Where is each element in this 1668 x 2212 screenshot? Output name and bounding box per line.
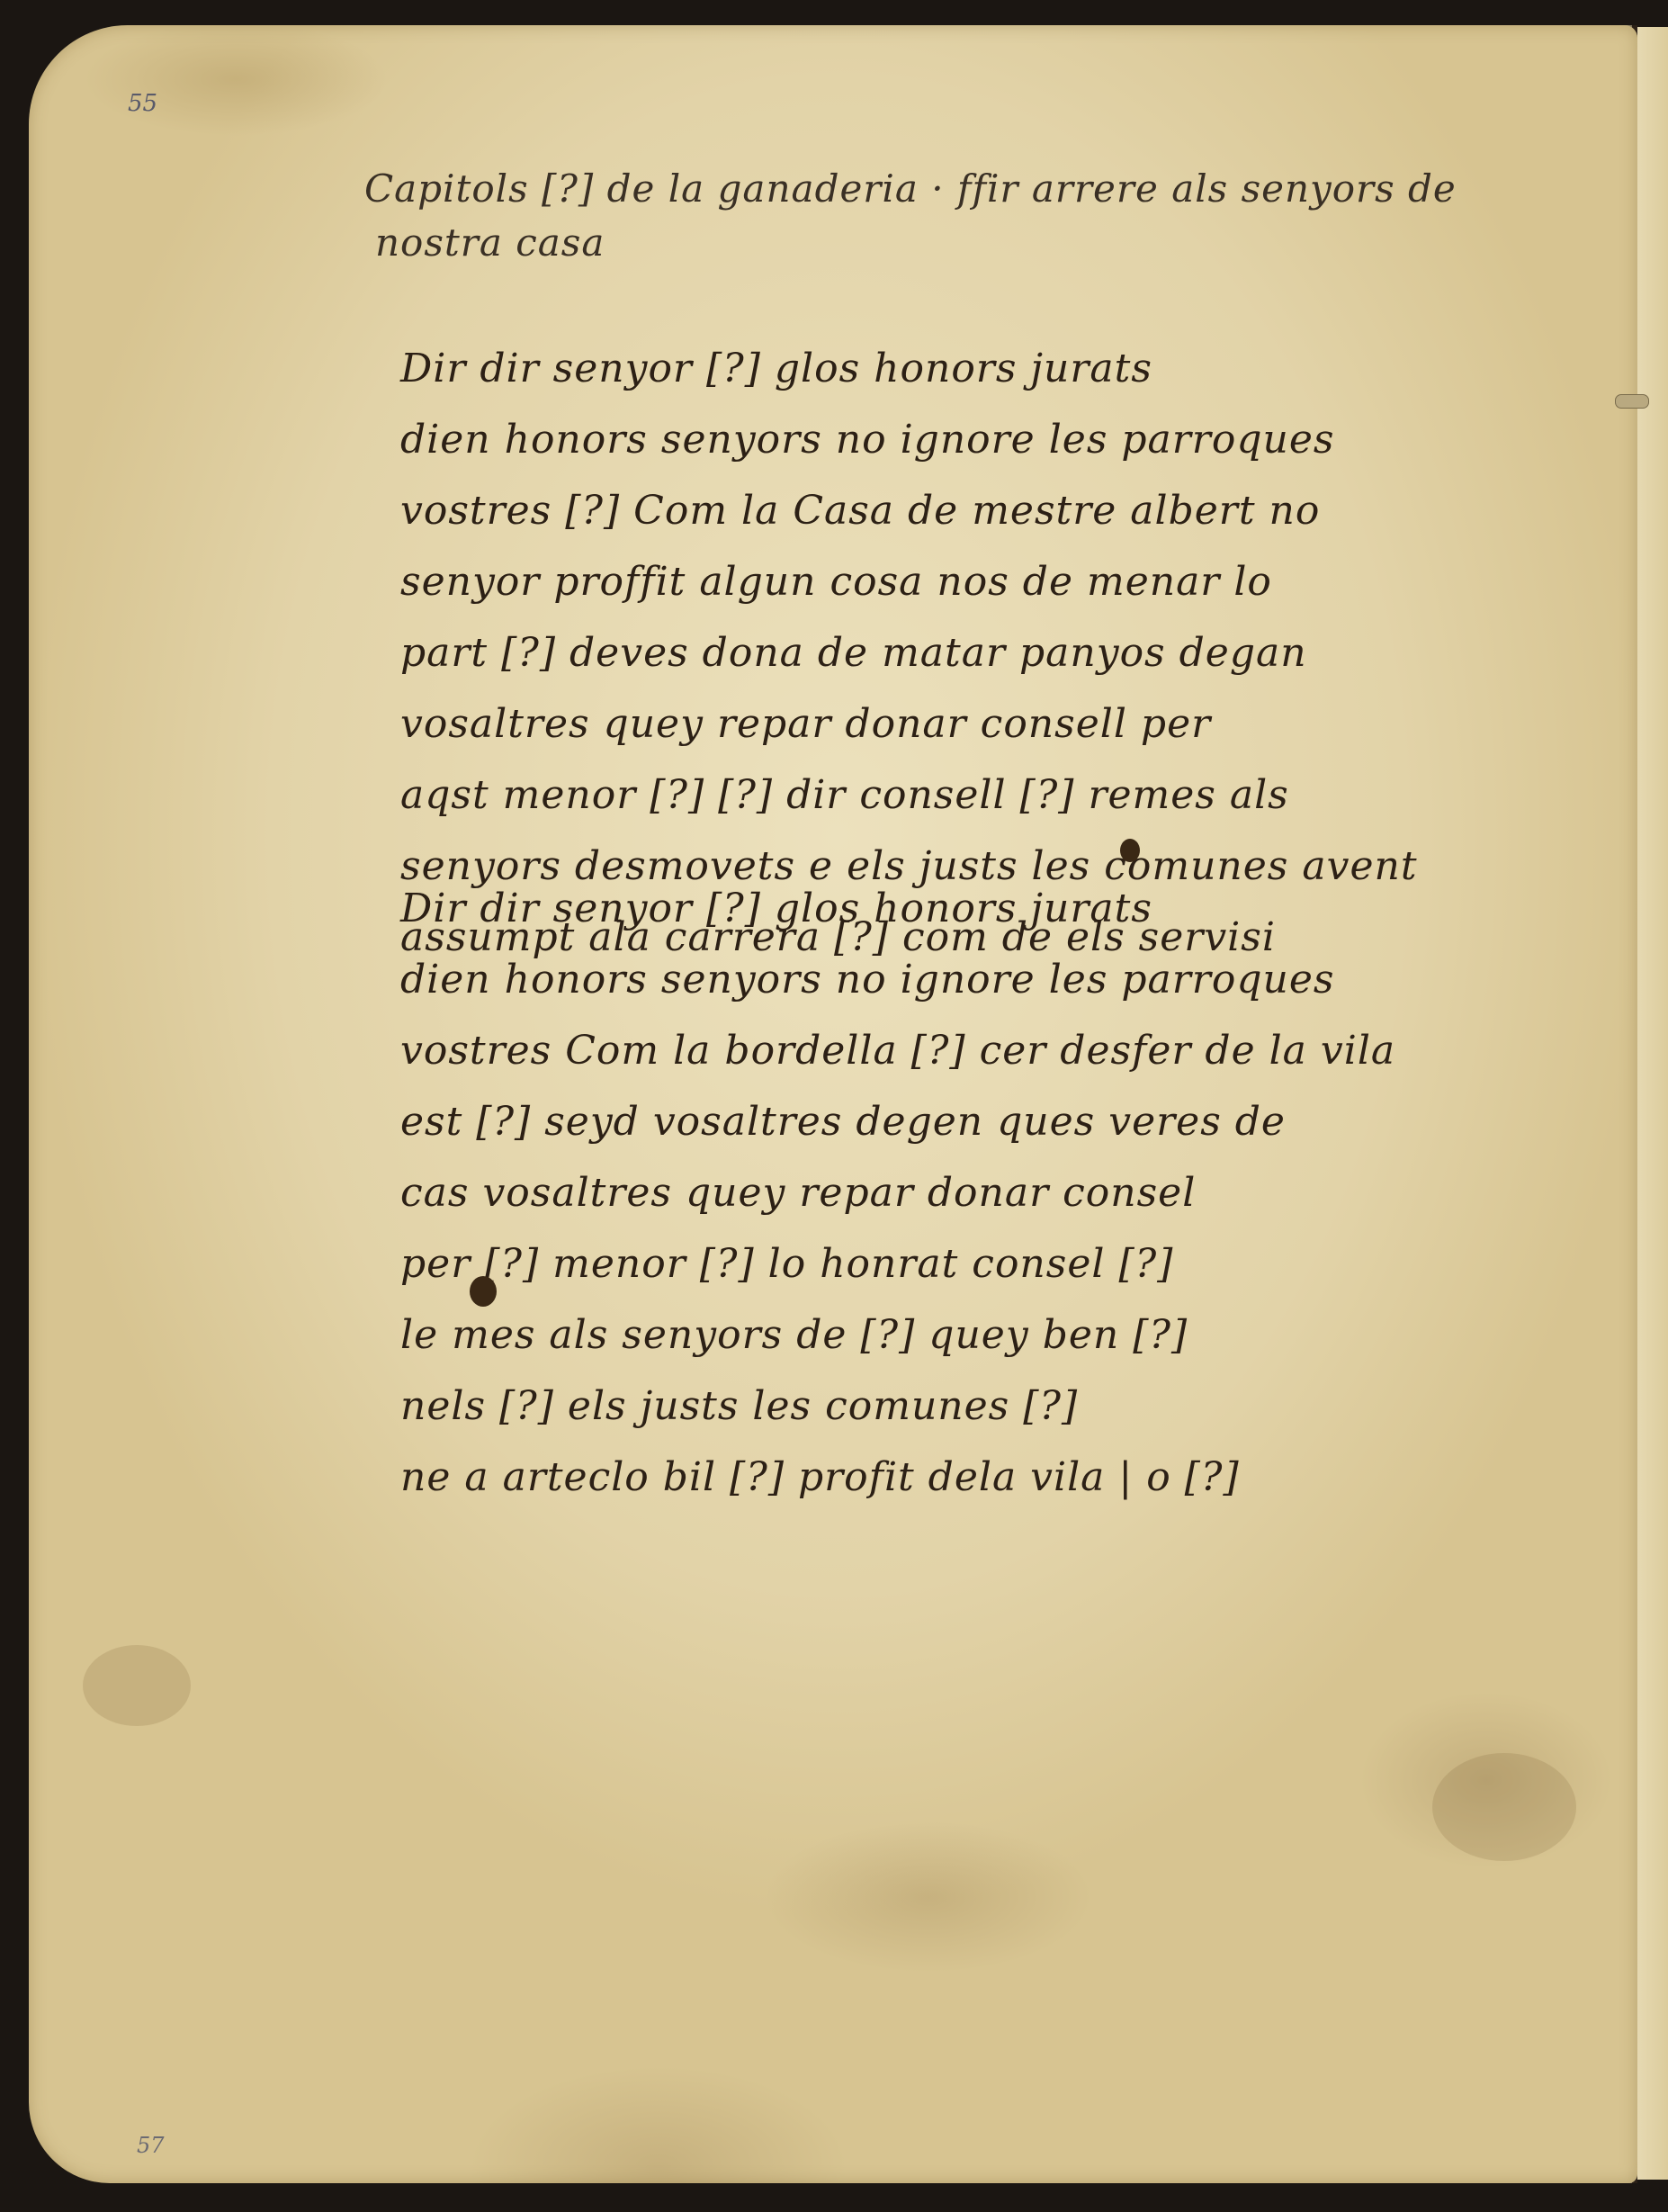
ink-blot: [1120, 839, 1140, 862]
text-line: senyor proffit algun cosa nos de menar l…: [400, 546, 1418, 617]
text-line: vostres Com la bordella [?] cer desfer d…: [400, 1015, 1395, 1086]
text-line: ne a arteclo bil [?] profit dela vila | …: [400, 1442, 1395, 1513]
text-line: vostres [?] Com la Casa de mestre albert…: [400, 475, 1418, 546]
text-line: per [?] menor [?] lo honrat consel [?]: [400, 1228, 1395, 1299]
text-line: Dir dir senyor [?] glos honors jurats: [400, 873, 1395, 944]
text-line: cas vosaltres quey repar donar consel: [400, 1157, 1395, 1228]
heading-line: Capitols [?] de la ganaderia · ffir arre…: [364, 162, 1457, 216]
document-heading: Capitols [?] de la ganaderia · ffir arre…: [364, 162, 1457, 270]
ink-blot: [470, 1276, 497, 1307]
binding-thread: [1615, 394, 1649, 409]
water-stain: [1432, 1753, 1576, 1861]
text-line: vosaltres quey repar donar consell per: [400, 688, 1418, 760]
paragraph-2: Dir dir senyor [?] glos honors jurats di…: [400, 873, 1395, 1513]
text-line: dien honors senyors no ignore les parroq…: [400, 404, 1418, 475]
text-line: nels [?] els justs les comunes [?]: [400, 1371, 1395, 1442]
adjacent-leaf-edge: [1637, 27, 1668, 2180]
text-line: dien honors senyors no ignore les parroq…: [400, 944, 1395, 1015]
folio-number-bottom: 57: [137, 2133, 165, 2158]
text-line: Dir dir senyor [?] glos honors jurats: [400, 333, 1418, 404]
text-line: part [?] deves dona de matar panyos dega…: [400, 617, 1418, 688]
text-line: le mes als senyors de [?] quey ben [?]: [400, 1299, 1395, 1371]
text-line: est [?] seyd vosaltres degen ques veres …: [400, 1086, 1395, 1157]
text-line: aqst menor [?] [?] dir consell [?] remes…: [400, 760, 1418, 831]
folio-number-top: 55: [128, 90, 157, 117]
foxing-stain: [83, 1645, 191, 1726]
heading-line: nostra casa: [364, 216, 1457, 270]
